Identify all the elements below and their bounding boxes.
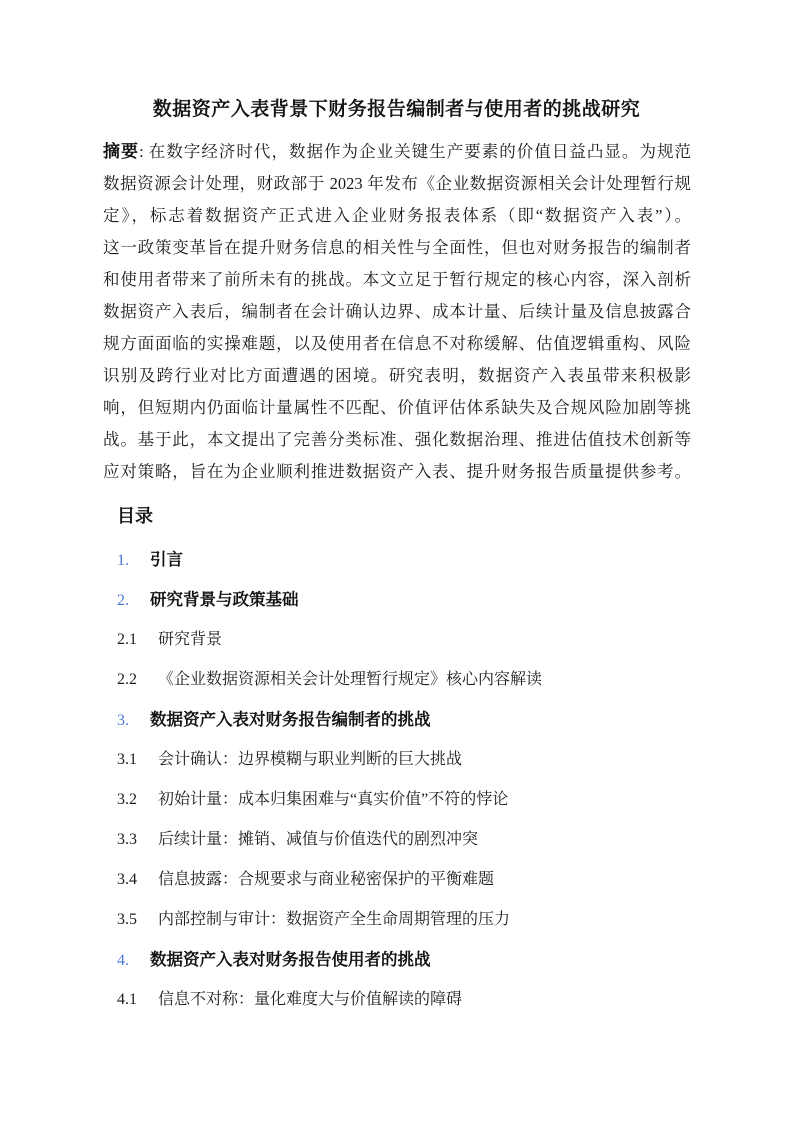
toc-item-label: 引言 <box>150 550 183 570</box>
toc-item-3-1[interactable]: 3.1 会计确认：边界模糊与职业判断的巨大挑战 <box>117 750 687 790</box>
toc-item-label: 会计确认：边界模糊与职业判断的巨大挑战 <box>158 750 462 770</box>
toc-item-4[interactable]: 4. 数据资产入表对财务报告使用者的挑战 <box>117 950 687 990</box>
toc-item-number: 4. <box>117 951 150 971</box>
toc-item-3-3[interactable]: 3.3 后续计量：摊销、减值与价值迭代的剧烈冲突 <box>117 830 687 870</box>
toc-item-1[interactable]: 1. 引言 <box>117 550 687 590</box>
toc-item-label: 《企业数据资源相关会计处理暂行规定》核心内容解读 <box>158 670 542 690</box>
abstract-line: 和使用者带来了前所未有的挑战。本文立足于暂行规定的核心内容，深入剖析 <box>103 264 691 296</box>
toc-item-2[interactable]: 2. 研究背景与政策基础 <box>117 590 687 630</box>
toc-item-number: 2. <box>117 591 150 611</box>
toc-item-label: 信息不对称：量化难度大与价值解读的障碍 <box>158 990 462 1010</box>
toc-item-2-2[interactable]: 2.2 《企业数据资源相关会计处理暂行规定》核心内容解读 <box>117 670 687 710</box>
toc-item-3-5[interactable]: 3.5 内部控制与审计：数据资产全生命周期管理的压力 <box>117 910 687 950</box>
toc-item-number: 3.2 <box>117 790 158 810</box>
toc-item-number: 3.3 <box>117 830 158 850</box>
toc-item-label: 研究背景与政策基础 <box>150 590 299 610</box>
abstract-line: 数据资产入表后，编制者在会计确认边界、成本计量、后续计量及信息披露合 <box>103 296 691 328</box>
abstract-label: 摘要 <box>103 142 139 161</box>
toc-item-label: 初始计量：成本归集困难与“真实价值”不符的悖论 <box>158 790 508 810</box>
toc-item-label: 数据资产入表对财务报告使用者的挑战 <box>150 950 431 970</box>
toc-item-label: 数据资产入表对财务报告编制者的挑战 <box>150 710 431 730</box>
abstract-line: 摘要: 在数字经济时代，数据作为企业关键生产要素的价值日益凸显。为规范 <box>103 136 691 168</box>
toc-item-number: 2.2 <box>117 670 158 690</box>
toc-item-number: 4.1 <box>117 990 158 1010</box>
toc-item-3[interactable]: 3. 数据资产入表对财务报告编制者的挑战 <box>117 710 687 750</box>
document-page: 数据资产入表背景下财务报告编制者与使用者的挑战研究 摘要: 在数字经济时代，数据… <box>0 0 793 1122</box>
toc-item-3-2[interactable]: 3.2 初始计量：成本归集困难与“真实价值”不符的悖论 <box>117 790 687 830</box>
abstract-line-text: : 在数字经济时代，数据作为企业关键生产要素的价值日益凸显。为规范 <box>139 142 691 161</box>
abstract-line: 这一政策变革旨在提升财务信息的相关性与全面性，但也对财务报告的编制者 <box>103 232 691 264</box>
toc-item-number: 3. <box>117 711 150 731</box>
toc-item-label: 信息披露：合规要求与商业秘密保护的平衡难题 <box>158 870 494 890</box>
abstract-line: 规方面面临的实操难题，以及使用者在信息不对称缓解、估值逻辑重构、风险 <box>103 328 691 360</box>
toc-item-number: 3.1 <box>117 750 158 770</box>
abstract-paragraph: 摘要: 在数字经济时代，数据作为企业关键生产要素的价值日益凸显。为规范 数据资源… <box>103 136 691 488</box>
document-title: 数据资产入表背景下财务报告编制者与使用者的挑战研究 <box>60 94 733 121</box>
abstract-line: 数据资源会计处理，财政部于 2023 年发布《企业数据资源相关会计处理暂行规 <box>103 168 691 200</box>
abstract-line: 响，但短期内仍面临计量属性不匹配、价值评估体系缺失及合规风险加剧等挑 <box>103 392 691 424</box>
toc-item-label: 研究背景 <box>158 630 222 650</box>
toc-item-2-1[interactable]: 2.1 研究背景 <box>117 630 687 670</box>
abstract-line: 定》，标志着数据资产正式进入企业财务报表体系（即“数据资产入表”）。 <box>103 200 691 232</box>
abstract-line: 战。基于此，本文提出了完善分类标准、强化数据治理、推进估值技术创新等 <box>103 424 691 456</box>
toc-item-label: 内部控制与审计：数据资产全生命周期管理的压力 <box>158 910 510 930</box>
toc-item-label: 后续计量：摊销、减值与价值迭代的剧烈冲突 <box>158 830 478 850</box>
abstract-line: 应对策略，旨在为企业顺利推进数据资产入表、提升财务报告质量提供参考。 <box>103 456 691 488</box>
toc-item-3-4[interactable]: 3.4 信息披露：合规要求与商业秘密保护的平衡难题 <box>117 870 687 910</box>
table-of-contents: 1. 引言 2. 研究背景与政策基础 2.1 研究背景 2.2 《企业数据资源相… <box>117 550 687 1030</box>
toc-item-number: 1. <box>117 551 150 571</box>
toc-item-number: 3.5 <box>117 910 158 930</box>
toc-item-number: 2.1 <box>117 630 158 650</box>
abstract-line: 识别及跨行业对比方面遭遇的困境。研究表明，数据资产入表虽带来积极影 <box>103 360 691 392</box>
toc-heading: 目录 <box>117 502 153 528</box>
toc-item-4-1[interactable]: 4.1 信息不对称：量化难度大与价值解读的障碍 <box>117 990 687 1030</box>
toc-item-number: 3.4 <box>117 870 158 890</box>
